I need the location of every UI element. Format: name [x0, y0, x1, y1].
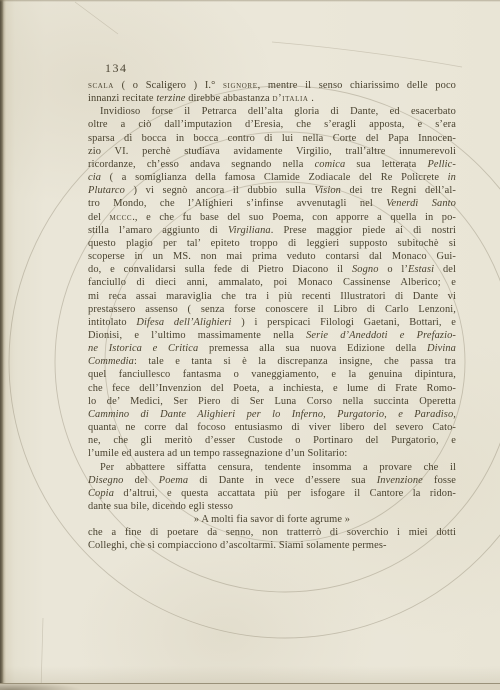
text-line: questo plagio per tal’ epiteto troppo di…: [88, 237, 456, 250]
text-line: l’umile ed austera ad un tempo rassegnaz…: [88, 447, 456, 460]
text-line: ricordanze, ch’esso andava segnando nell…: [88, 158, 456, 171]
text-segment: lo de’ Medici, Ser Piero di Ser Luna Cor…: [88, 396, 456, 407]
text-segment: in: [448, 172, 456, 183]
text-segment: innanzi recitate: [88, 93, 156, 104]
text-segment: ricordanze, ch’esso andava segnando nell…: [88, 159, 315, 170]
text-segment: mccc: [110, 212, 133, 223]
text-line: fanciullo di dieci anni, ammalato, poi M…: [88, 276, 456, 289]
text-segment: do, e convalidarsi sulla fede di Pietro …: [88, 264, 352, 275]
text-segment: ( a somiglianza della famosa Clamide Zod…: [101, 172, 448, 183]
text-segment: Vision: [314, 185, 341, 196]
text-segment: Commedia: [88, 356, 134, 367]
text-segment: l’umile ed austera ad un tempo rassegnaz…: [88, 448, 347, 459]
text-line: zio VI. perchè studiava avidamente Virgi…: [88, 145, 456, 158]
text-segment: intitolato: [88, 317, 136, 328]
page-number: 134: [105, 61, 128, 76]
text-segment: Divina: [427, 343, 456, 354]
text-segment: Estasi: [408, 264, 434, 275]
page-edge-shadow: [0, 666, 500, 684]
text-segment: Virgiliana: [228, 225, 271, 236]
text-segment: dante sua bile, dicendo egli stesso: [88, 501, 233, 512]
text-line: » A molti fia savor di forte agrume »: [88, 513, 456, 526]
text-segment: Venerdì Santo: [386, 198, 456, 209]
text-segment: direbbe abbastanza: [186, 93, 273, 104]
text-segment: che a fine di poetare da senno, non trat…: [88, 527, 456, 538]
text-line: mi reca assai maraviglia che tra i più r…: [88, 290, 456, 303]
text-segment: Per abbattere siffatta censura, tendente…: [100, 462, 456, 473]
text-segment: Colleghi, che si compiacciono d’ascoltar…: [88, 540, 387, 551]
text-segment: Invidioso forse il Petrarca dell’alta gl…: [100, 106, 456, 117]
text-segment: oltre a ciò dall’imputazion d’Eresia, ch…: [88, 119, 456, 130]
text-segment: Poema: [159, 475, 188, 486]
text-segment: ) vi segnò ancora il dubbio sulla: [125, 185, 315, 196]
text-segment: scoperse in un MS. non mai prima veduto …: [88, 251, 456, 262]
text-line: del mccc., e che fu base del suo Poema, …: [88, 211, 456, 224]
text-segment: Plutarco: [88, 185, 125, 196]
text-segment: ., e che fu base del suo Poema, con appo…: [132, 212, 456, 223]
text-segment: Disegno: [88, 475, 123, 486]
text-line: oltre a ciò dall’imputazion d’Eresia, ch…: [88, 118, 456, 131]
text-segment: di Dante in vece d’essere sua: [188, 475, 376, 486]
text-line: do, e convalidarsi sulla fede di Pietro …: [88, 263, 456, 276]
text-line: Cammino di Dante Alighieri per lo Infern…: [88, 408, 456, 421]
text-line: cia ( a somiglianza della famosa Clamide…: [88, 171, 456, 184]
text-line: Colleghi, che si compiacciono d’ascoltar…: [88, 539, 456, 552]
text-line: Plutarco ) vi segnò ancora il dubbio sul…: [88, 184, 456, 197]
text-segment: cia: [88, 172, 101, 183]
page-edge-bottom: [0, 683, 500, 690]
text-segment: sparsa di bocca in bocca contro di lui n…: [88, 133, 456, 144]
text-line: Copia d’altrui, e questa accattata più p…: [88, 487, 456, 500]
text-line: dante sua bile, dicendo egli stesso: [88, 500, 456, 513]
text-segment: Pellic-: [427, 159, 456, 170]
text-segment: ) i perspicaci Filologi Gaetani, Bottari…: [232, 317, 456, 328]
text-segment: prestassero assenso ( senza forse conosc…: [88, 304, 456, 315]
text-line: tro Mondo, che l’Alighieri s’infinse avv…: [88, 197, 456, 210]
text-segment: scala: [88, 80, 114, 91]
book-page: 134 scala ( o Scaligero ) I.° signore, m…: [0, 0, 500, 690]
text-segment: Copia: [88, 488, 114, 499]
text-segment: fosse: [423, 475, 456, 486]
text-segment: quel fanciullesco fantasma o vaneggiamen…: [88, 369, 456, 380]
text-line: sparsa di bocca in bocca contro di lui n…: [88, 132, 456, 145]
text-segment: o l’: [379, 264, 409, 275]
text-segment: , mentre il senso chiarissimo delle poco: [258, 80, 456, 91]
text-segment: sua letterata: [345, 159, 427, 170]
text-segment: Sogno: [352, 264, 379, 275]
text-segment: » A molti fia savor di forte agrume »: [194, 514, 350, 525]
text-segment: fanciullo di dieci anni, ammalato, poi M…: [88, 277, 456, 288]
text-segment: Invenzione: [377, 475, 423, 486]
paper-crease: [272, 42, 462, 67]
text-block: scala ( o Scaligero ) I.° signore, mentr…: [88, 79, 456, 553]
paper-crease: [75, 2, 118, 34]
text-segment: ( o Scaligero ) I.°: [114, 80, 223, 91]
text-segment: Dionisi, e l’ultimo massimamente nella: [88, 330, 306, 341]
text-line: lo de’ Medici, Ser Piero di Ser Luna Cor…: [88, 395, 456, 408]
text-line: scala ( o Scaligero ) I.° signore, mentr…: [88, 79, 456, 92]
text-line: che fece dell’Invenzion del Poeta, a inc…: [88, 382, 456, 395]
text-line: scoperse in un MS. non mai prima veduto …: [88, 250, 456, 263]
text-line: stilla l’amaro aggiunto di Virgiliana. P…: [88, 224, 456, 237]
text-segment: del: [88, 212, 110, 223]
text-segment: Difesa dell’Alighieri: [136, 317, 231, 328]
text-line: quanta ne corre dal focoso entusiasmo di…: [88, 421, 456, 434]
text-line: quel fanciullesco fantasma o vaneggiamen…: [88, 368, 456, 381]
text-segment: terzine: [156, 93, 185, 104]
text-line: innanzi recitate terzine direbbe abbasta…: [88, 92, 456, 105]
text-segment: ne, che gli meritò d’esser Custode o Por…: [88, 435, 456, 446]
page-edge-top: [0, 0, 500, 2]
text-segment: d’altrui, e questa accattata più per isf…: [114, 488, 456, 499]
text-segment: quanta ne corre dal focoso entusiasmo di…: [88, 422, 456, 433]
text-line: ne Istorica e Critica premessa alla sua …: [88, 342, 456, 355]
text-segment: mi reca assai maraviglia che tra i più r…: [88, 291, 456, 302]
text-segment: del: [123, 475, 158, 486]
text-line: Invidioso forse il Petrarca dell’alta gl…: [88, 105, 456, 118]
text-segment: . Prese maggior piede ai dì nostri: [271, 225, 456, 236]
text-segment: ne Istorica e Critica: [88, 343, 198, 354]
text-segment: stilla l’amaro aggiunto di: [88, 225, 228, 236]
text-segment: dei tre Regni dell’al-: [341, 185, 456, 196]
text-line: Dionisi, e l’ultimo massimamente nella S…: [88, 329, 456, 342]
page-edge-left: [0, 0, 6, 690]
text-segment: zio VI. perchè studiava avidamente Virgi…: [88, 146, 456, 157]
text-line: che a fine di poetare da senno, non trat…: [88, 526, 456, 539]
text-segment: d’italia: [272, 93, 308, 104]
text-line: prestassero assenso ( senza forse conosc…: [88, 303, 456, 316]
text-segment: comica: [315, 159, 346, 170]
text-segment: questo plagio per tal’ epiteto troppo di…: [88, 238, 456, 249]
text-segment: .: [309, 93, 314, 104]
text-line: Commedia: tale e tanta si è la discrepan…: [88, 355, 456, 368]
text-line: Per abbattere siffatta censura, tendente…: [88, 461, 456, 474]
text-segment: : tale e tanta si è la discrepanza insig…: [134, 356, 456, 367]
text-segment: che fece dell’Invenzion del Poeta, a inc…: [88, 383, 456, 394]
text-segment: Serie d’Aneddoti e Prefazio-: [306, 330, 456, 341]
text-line: Disegno del Poema di Dante in vece d’ess…: [88, 474, 456, 487]
text-line: intitolato Difesa dell’Alighieri ) i per…: [88, 316, 456, 329]
text-line: ne, che gli meritò d’esser Custode o Por…: [88, 434, 456, 447]
text-segment: tro Mondo, che l’Alighieri s’infinse avv…: [88, 198, 386, 209]
text-segment: Cammino di Dante Alighieri per lo Infern…: [88, 409, 456, 420]
text-segment: del: [434, 264, 456, 275]
text-segment: premessa alla sua nuova Edizione della: [198, 343, 427, 354]
text-segment: signore: [223, 80, 258, 91]
